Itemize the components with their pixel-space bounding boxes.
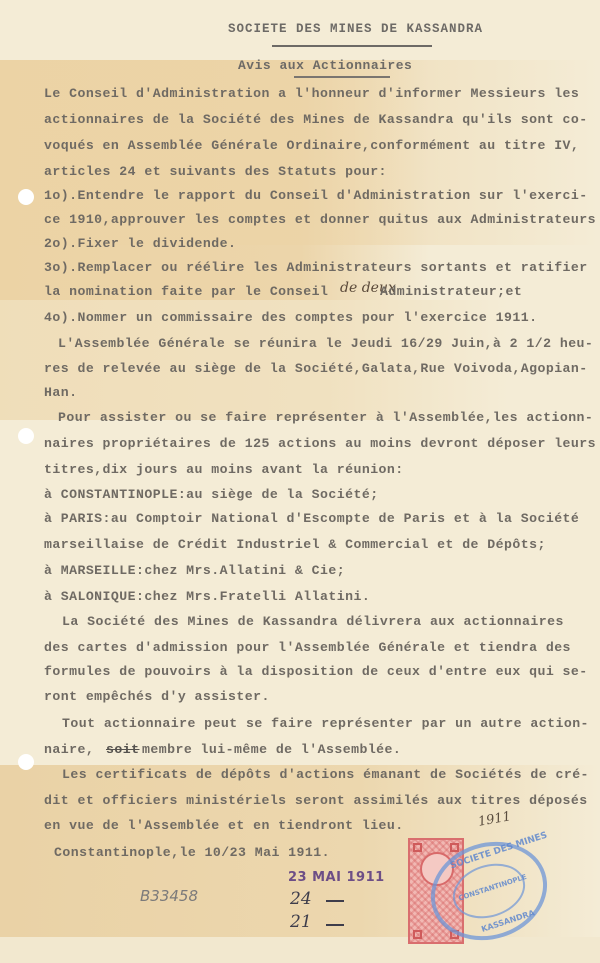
body-line: articles 24 et suivants des Statuts pour…	[44, 164, 387, 179]
document-header: SOCIETE DES MINES DE KASSANDRA	[228, 22, 483, 36]
body-line: marseillaise de Crédit Industriel & Comm…	[44, 537, 546, 552]
body-line: formules de pouvoirs à la disposition de…	[44, 664, 588, 679]
punch-hole-2	[18, 428, 34, 444]
body-line: 4o).Nommer un commissaire des comptes po…	[44, 310, 537, 325]
body-line: titres,dix jours au moins avant la réuni…	[44, 462, 404, 477]
punch-hole-1	[18, 189, 34, 205]
body-line: des cartes d'admission pour l'Assemblée …	[44, 640, 571, 655]
signature-line: Constantinople,le 10/23 Mai 1911.	[54, 845, 330, 860]
punch-hole-3	[18, 754, 34, 770]
pen-number-1: 24	[290, 889, 312, 909]
body-line: en vue de l'Assemblée et en tiendront li…	[44, 818, 404, 833]
body-line: Pour assister ou se faire représenter à …	[58, 410, 593, 425]
body-line: L'Assemblée Générale se réunira le Jeudi…	[58, 336, 593, 351]
body-line: la nomination faite par le Conseil	[44, 284, 328, 299]
body-line: Administrateur;et	[380, 284, 522, 299]
pencil-reference-number: B33458	[140, 887, 198, 905]
received-date-stamp: 23 MAI 1911	[288, 870, 385, 885]
body-line: res de relevée au siège de la Société,Ga…	[44, 361, 588, 376]
pen-dash-2	[326, 924, 344, 926]
body-line: Han.	[44, 385, 77, 400]
paper-bottom-edge	[0, 937, 600, 963]
body-line: membre lui-même de l'Assemblée.	[142, 742, 401, 757]
body-line: ront empêchés d'y assister.	[44, 689, 270, 704]
subtitle-underline	[294, 76, 390, 78]
header-underline	[272, 45, 432, 47]
body-line: ce 1910,approuver les comptes et donner …	[44, 212, 596, 227]
body-line: 3o).Remplacer ou réélire les Administrat…	[44, 260, 588, 275]
body-line: voqués en Assemblée Générale Ordinaire,c…	[44, 138, 579, 153]
body-line: dit et officiers ministériels seront ass…	[44, 793, 588, 808]
body-line: 2o).Fixer le dividende.	[44, 236, 236, 251]
struck-word: soit	[106, 742, 139, 757]
body-line: 1o).Entendre le rapport du Conseil d'Adm…	[44, 188, 588, 203]
body-line: Tout actionnaire peut se faire représent…	[62, 716, 589, 731]
pen-number-2: 21	[290, 912, 312, 932]
body-line: à PARIS:au Comptoir National d'Escompte …	[44, 511, 579, 526]
body-line: Le Conseil d'Administration a l'honneur …	[44, 86, 579, 101]
document-subtitle: Avis aux Actionnaires	[238, 58, 412, 73]
body-line: à CONSTANTINOPLE:au siège de la Société;	[44, 487, 379, 502]
body-line: à SALONIQUE:chez Mrs.Fratelli Allatini.	[44, 589, 370, 604]
stamp-corner	[413, 930, 422, 939]
body-line: naire,	[44, 742, 94, 757]
pen-dash-1	[326, 900, 344, 902]
body-line: Les certificats de dépôts d'actions éman…	[62, 767, 589, 782]
body-line: La Société des Mines de Kassandra délivr…	[62, 614, 564, 629]
body-line: à MARSEILLE:chez Mrs.Allatini & Cie;	[44, 563, 345, 578]
body-line: actionnaires de la Société des Mines de …	[44, 112, 588, 127]
stamp-corner	[413, 843, 422, 852]
stamp-corner	[450, 843, 459, 852]
body-line: naires propriétaires de 125 actions au m…	[44, 436, 596, 451]
